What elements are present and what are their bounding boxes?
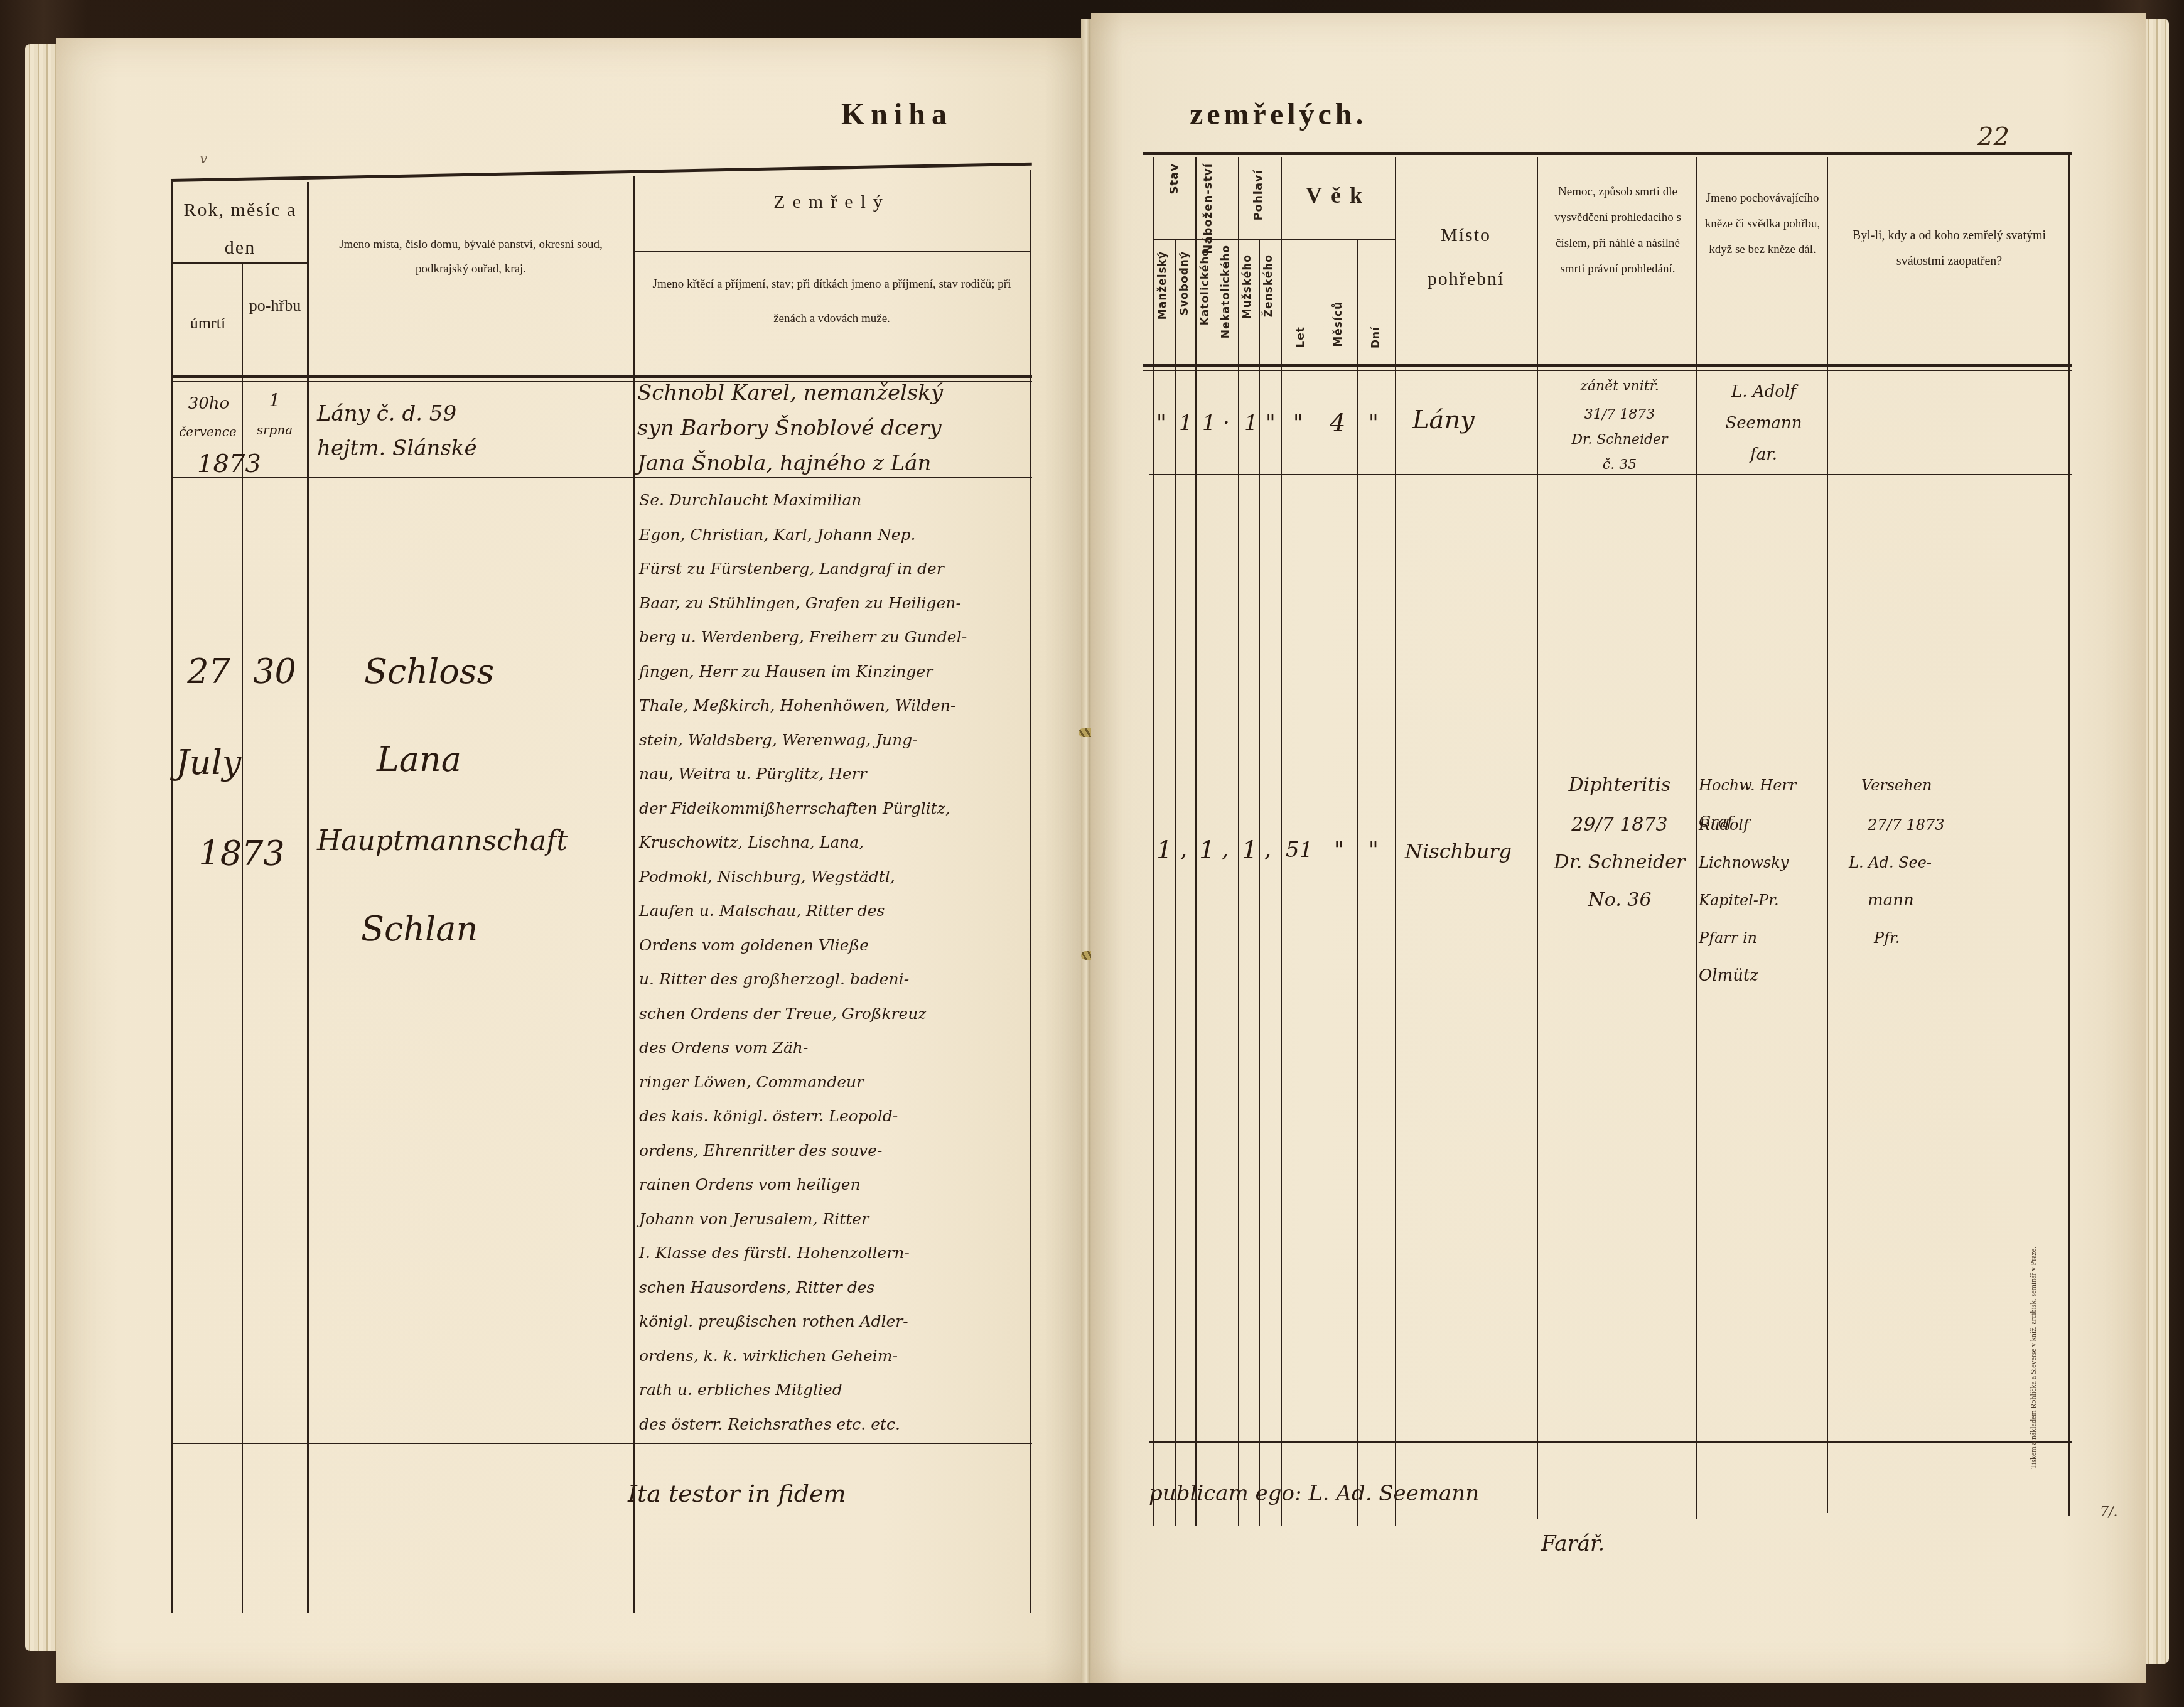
record2-cause-line1: Diphteritis xyxy=(1541,767,1698,804)
header-stav: Stav xyxy=(1168,163,1181,194)
margin-mark: 7/. xyxy=(2100,1494,2117,1531)
record2-mark-catholic: 1 xyxy=(1199,829,1215,871)
record2-place-line2: Lana xyxy=(377,722,461,797)
record2-deceased-line: Podmokl, Nischburg, Wegstädtl, xyxy=(639,860,1028,895)
record1-death-month: července xyxy=(173,419,242,444)
left-page-edges xyxy=(25,44,60,1651)
header-deceased-desc: Jmeno křtěcí a příjmení, stav; při dítká… xyxy=(647,267,1017,336)
record2-mark-married: 1 xyxy=(1156,829,1172,871)
record2-burial-place: Nischburg xyxy=(1405,830,1512,873)
record2-cause-line3: Dr. Schneider xyxy=(1541,844,1698,881)
header-noncatholic: Nekatolického xyxy=(1220,245,1232,338)
record2-place-line4: Schlan xyxy=(361,891,478,967)
record1-death-day: 30ho xyxy=(176,389,242,418)
record1-deceased-line1: Schnobl Karel, nemanželský xyxy=(637,375,943,411)
header-burial-place: Místo pohřební xyxy=(1419,213,1513,301)
record2-deceased-line: Fürst zu Fürstenberg, Landgraf in der xyxy=(639,552,1028,586)
record2-place-line3: Hauptmannschaft xyxy=(317,804,568,879)
record2-mark-sep1: , xyxy=(1180,829,1187,871)
record2-deceased-line: Kruschowitz, Lischna, Lana, xyxy=(639,826,1028,860)
record2-deceased-line: ordens, k. k. wirklichen Geheim- xyxy=(639,1339,1028,1374)
record2-deceased-line: Laufen u. Malschau, Ritter des xyxy=(639,894,1028,929)
record1-mark-noncatholic: · xyxy=(1223,402,1230,444)
record2-deceased-line: rath u. erbliches Mitglied xyxy=(639,1373,1028,1408)
record2-place-line1: Schloss xyxy=(364,634,494,709)
attestation-left: Ita testor in fidem xyxy=(628,1472,846,1515)
record1-mark-catholic: 1 xyxy=(1202,402,1216,444)
record2-deceased-line: des österr. Reichsrathes etc. etc. xyxy=(639,1408,1028,1442)
record2-age-months: " xyxy=(1334,829,1344,871)
header-deceased-title: Zemřelý xyxy=(634,191,1030,213)
record2-priest-line6: Olmütz xyxy=(1699,957,1827,994)
record2-deceased-line: königl. preußischen rothen Adler- xyxy=(639,1305,1028,1339)
title-kniha: Kniha xyxy=(841,97,953,132)
record2-deceased-line: rainen Ordens vom heiligen xyxy=(639,1168,1028,1202)
record1-priest-line1: L. Adolf xyxy=(1703,377,1825,407)
record1-priest-line3: far. xyxy=(1703,439,1825,470)
record2-sacraments-line4: mann xyxy=(1868,882,2068,918)
record1-age-years: " xyxy=(1293,402,1303,444)
record2-deceased-line: ringer Löwen, Commandeur xyxy=(639,1065,1028,1100)
record2-sacraments-line2: 27/7 1873 xyxy=(1868,807,2068,843)
header-catholic: Katolického xyxy=(1199,248,1212,325)
record2-deceased-line: ordens, Ehrenritter des souve- xyxy=(639,1134,1028,1168)
header-nabozenstvi: Nábožen-ství xyxy=(1202,163,1229,254)
record2-mark-sep3: , xyxy=(1264,829,1271,871)
header-date-group: Rok, měsíc a den xyxy=(176,191,304,267)
record2-priest-line4: Kapitel-Pr. xyxy=(1699,882,1827,918)
record2-priest-line3: Lichnowsky xyxy=(1699,844,1827,881)
record1-mark-female: " xyxy=(1266,402,1276,444)
title-zemrelych: zemřelých. xyxy=(1190,97,1367,132)
record2-sacraments-line5: Pfr. xyxy=(1874,920,2075,956)
header-burial: po-hřbu xyxy=(244,292,306,320)
record2-deceased-line: nau, Weitra u. Pürglitz, Herr xyxy=(639,757,1028,792)
record1-cause-line2: 31/7 1873 xyxy=(1544,402,1695,428)
record1-burial-day: 1 xyxy=(245,386,304,415)
header-days: Dní xyxy=(1370,326,1382,348)
header-male: Mužského xyxy=(1241,254,1254,319)
record2-deceased-line: stein, Waldsberg, Werenwag, Jung- xyxy=(639,723,1028,758)
record2-deceased-line: u. Ritter des großherzogl. badeni- xyxy=(639,962,1028,997)
record1-priest-line2: Seemann xyxy=(1703,408,1825,438)
header-priest: Jmeno pochovávajícího kněze či svědka po… xyxy=(1704,185,1821,262)
header-months: Měsíců xyxy=(1332,301,1345,347)
header-stav-married: Manželský xyxy=(1156,251,1169,320)
attestation-title: Farář. xyxy=(1541,1522,1605,1565)
header-stav-single: Svobodný xyxy=(1178,251,1191,315)
record1-mark-single: 1 xyxy=(1179,402,1193,444)
header-sacraments: Byl-li, kdy a od koho zemřelý svatými sv… xyxy=(1833,223,2065,274)
record1-burial-month: srpna xyxy=(245,417,304,443)
right-page-edges xyxy=(2144,19,2169,1664)
header-death: úmrtí xyxy=(173,314,242,333)
page-number: 22 xyxy=(1977,122,2009,151)
record2-sacraments-line1: Versehen xyxy=(1861,767,2062,804)
header-pohlavi: Pohlaví xyxy=(1252,170,1265,221)
record1-burial-place: Lány xyxy=(1412,399,1475,441)
record1-deceased-line2: syn Barbory Šnoblové dcery xyxy=(637,411,942,446)
record2-death-day: 27 xyxy=(176,634,242,709)
header-female: Ženského xyxy=(1262,254,1275,317)
record2-mark-sep2: , xyxy=(1222,829,1229,871)
record1-cause-line3: Dr. Schneider xyxy=(1544,427,1695,453)
record1-age-days: " xyxy=(1369,402,1379,444)
record1-cause-line1: zánět vnitř. xyxy=(1544,374,1695,400)
header-place: Jmeno místa, číslo domu, bývalé panství,… xyxy=(339,232,603,281)
record2-priest-line2: Rudolf xyxy=(1699,807,1827,843)
record1-mark-male: 1 xyxy=(1244,402,1258,444)
header-cause: Nemoc, způsob smrti dle vysvědčení prohl… xyxy=(1543,179,1692,282)
record1-cause-line4: č. 35 xyxy=(1544,452,1695,478)
record2-burial-day: 30 xyxy=(245,634,304,709)
pencil-mark: v xyxy=(200,141,207,178)
record2-deceased-line: des Ordens vom Zäh- xyxy=(639,1031,1028,1065)
record2-cause-line4: No. 36 xyxy=(1541,882,1698,918)
record2-age-days: " xyxy=(1369,829,1379,871)
attestation-right: publicam ego: L. Ad. Seemann xyxy=(1149,1472,1479,1515)
record2-age-years: 51 xyxy=(1286,829,1313,871)
record1-age-months: 4 xyxy=(1330,402,1345,444)
record2-deceased-line: fingen, Herr zu Hausen im Kinzinger xyxy=(639,655,1028,689)
record2-death-month: July xyxy=(173,725,314,800)
record2-cause-line2: 29/7 1873 xyxy=(1541,807,1698,843)
record2-deceased-line: Baar, zu Stühlingen, Grafen zu Heiligen- xyxy=(639,586,1028,621)
record1-place-line2: hejtm. Slánské xyxy=(317,427,477,470)
record1-deceased-line3: Jana Šnobla, hajného z Lán xyxy=(637,446,931,481)
record2-deceased-text: Se. Durchlaucht Maximilian Egon, Christi… xyxy=(639,483,1028,1441)
record2-deceased-line: Johann von Jerusalem, Ritter xyxy=(639,1202,1028,1237)
header-vek: Věk xyxy=(1282,182,1395,208)
record2-deceased-line: schen Ordens der Treue, Großkreuz xyxy=(639,997,1028,1031)
record2-deceased-line: I. Klasse des fürstl. Hohenzollern- xyxy=(639,1236,1028,1271)
record2-deceased-line: schen Hausordens, Ritter des xyxy=(639,1271,1028,1305)
header-years: Let xyxy=(1294,326,1307,348)
printer-imprint: Tiskem a nákladem Rohlíčka a Sieverse v … xyxy=(2029,1080,2038,1469)
record1-mark-married: " xyxy=(1156,402,1166,444)
record2-deceased-line: Thale, Meßkirch, Hohenhöwen, Wilden- xyxy=(639,689,1028,723)
record2-deceased-line: Ordens vom goldenen Vließe xyxy=(639,929,1028,963)
record2-deceased-line: der Fideikommißherrschaften Pürglitz, xyxy=(639,792,1028,826)
record2-deceased-line: des kais. königl. österr. Leopold- xyxy=(639,1099,1028,1134)
record2-deceased-line: Se. Durchlaucht Maximilian xyxy=(639,483,1028,518)
record2-sacraments-line3: L. Ad. See- xyxy=(1849,844,2050,881)
record2-mark-male: 1 xyxy=(1242,829,1257,871)
record1-death-year: 1873 xyxy=(195,443,264,485)
record2-priest-line5: Pfarr in xyxy=(1699,920,1827,956)
record2-deceased-line: berg u. Werdenberg, Freiherr zu Gundel- xyxy=(639,620,1028,655)
record2-deceased-line: Egon, Christian, Karl, Johann Nep. xyxy=(639,518,1028,552)
record2-death-year: 1873 xyxy=(173,816,311,891)
